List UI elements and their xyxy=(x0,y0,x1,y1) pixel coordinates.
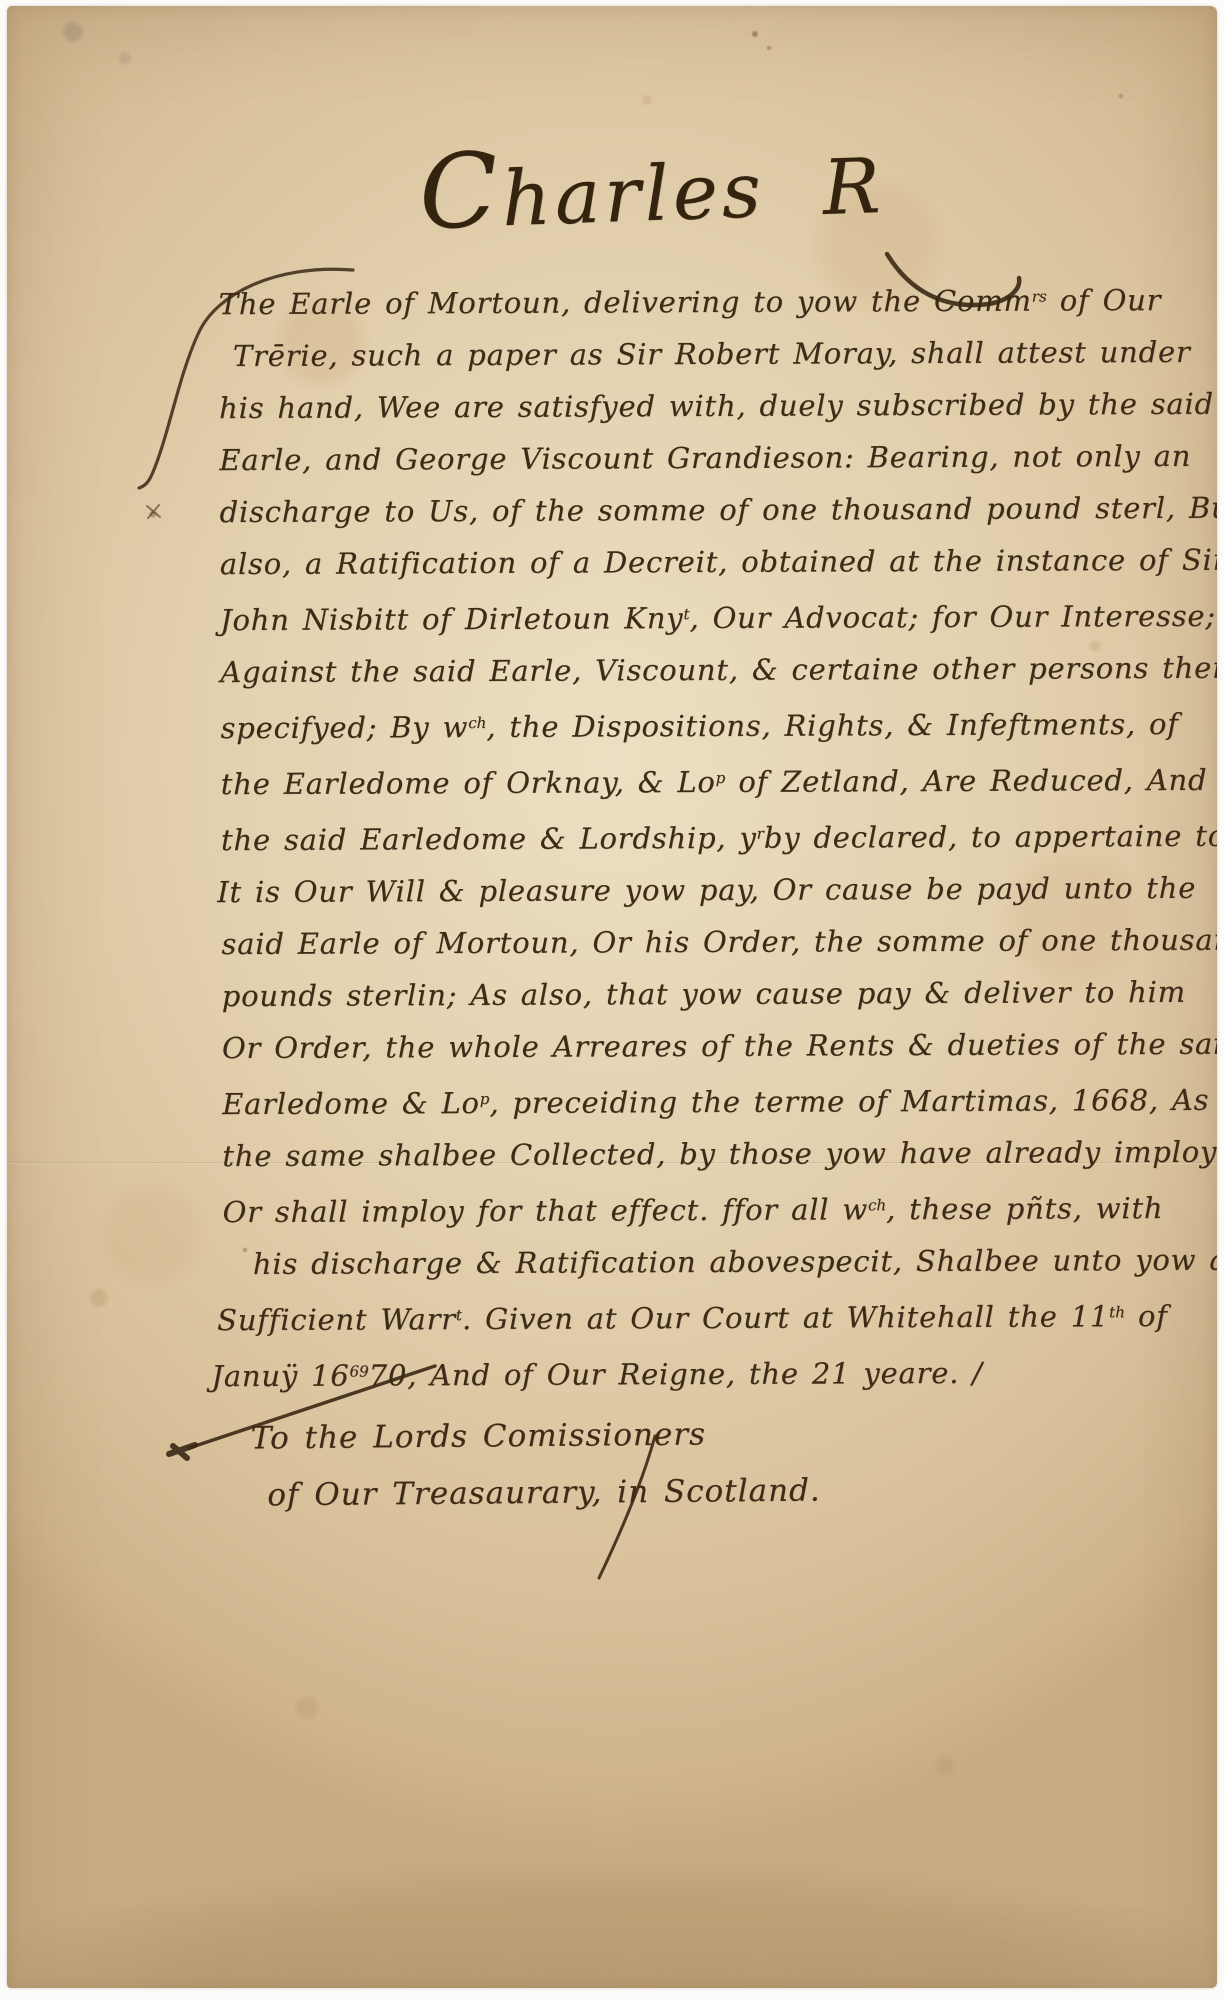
royal-signature: Charles R xyxy=(417,116,886,255)
address-pointer-head xyxy=(169,1445,195,1458)
body-line: Or shall imploy for that effect. ffor al… xyxy=(223,1178,1191,1238)
body-line: the said Earledome & Lordship, yrby decl… xyxy=(221,806,1189,866)
body-line: Against the said Earle, Viscount, & cert… xyxy=(220,642,1188,698)
address-block: To the Lords Comissionersof Our Treasaur… xyxy=(251,1406,821,1525)
body-line: The Earle of Mortoun, delivering to yow … xyxy=(219,270,1187,330)
body-line: It is Our Will & pleasure yow pay, Or ca… xyxy=(217,862,1189,918)
body-line: the same shalbee Collected, by those yow… xyxy=(222,1126,1190,1182)
address-line: To the Lords Comissioners xyxy=(251,1406,821,1468)
body-line: also, a Ratification of a Decreit, obtai… xyxy=(220,534,1188,590)
body-line: Earle, and George Viscount Grandieson: B… xyxy=(219,430,1187,486)
body-line: Januÿ 166970, And of Our Reigne, the 21 … xyxy=(211,1342,1191,1402)
body-line: Sufficient Warrt. Given at Our Court at … xyxy=(217,1286,1191,1346)
body-line: pounds sterlin; As also, that yow cause … xyxy=(222,966,1190,1022)
body-line: specifyed; By wch, the Dispositions, Rig… xyxy=(220,694,1188,754)
address-line: of Our Treasaurary, in Scotland. xyxy=(267,1463,821,1525)
letter-body: The Earle of Mortoun, delivering to yow … xyxy=(219,270,1192,1403)
manuscript-page: Charles R The Earle of Mortoun, deliveri… xyxy=(7,6,1217,1988)
body-line: John Nisbitt of Dirletoun Knyt, Our Advo… xyxy=(220,586,1188,646)
photo-background: Charles R The Earle of Mortoun, deliveri… xyxy=(0,0,1224,2000)
body-line: Trērie, such a paper as Sir Robert Moray… xyxy=(233,326,1187,382)
margin-mark xyxy=(147,505,160,518)
body-line: his hand, Wee are satisfyed with, duely … xyxy=(219,378,1187,434)
body-line: said Earle of Mortoun, Or his Order, the… xyxy=(221,914,1189,970)
body-line: discharge to Us, of the somme of one tho… xyxy=(219,482,1187,538)
body-line: the Earledome of Orknay, & Lop of Zetlan… xyxy=(221,750,1189,810)
body-line: Earledome & Lop, preceiding the terme of… xyxy=(222,1070,1190,1130)
body-line: Or Order, the whole Arreares of the Rent… xyxy=(222,1018,1190,1074)
body-line: his discharge & Ratification abovespecit… xyxy=(253,1234,1191,1290)
